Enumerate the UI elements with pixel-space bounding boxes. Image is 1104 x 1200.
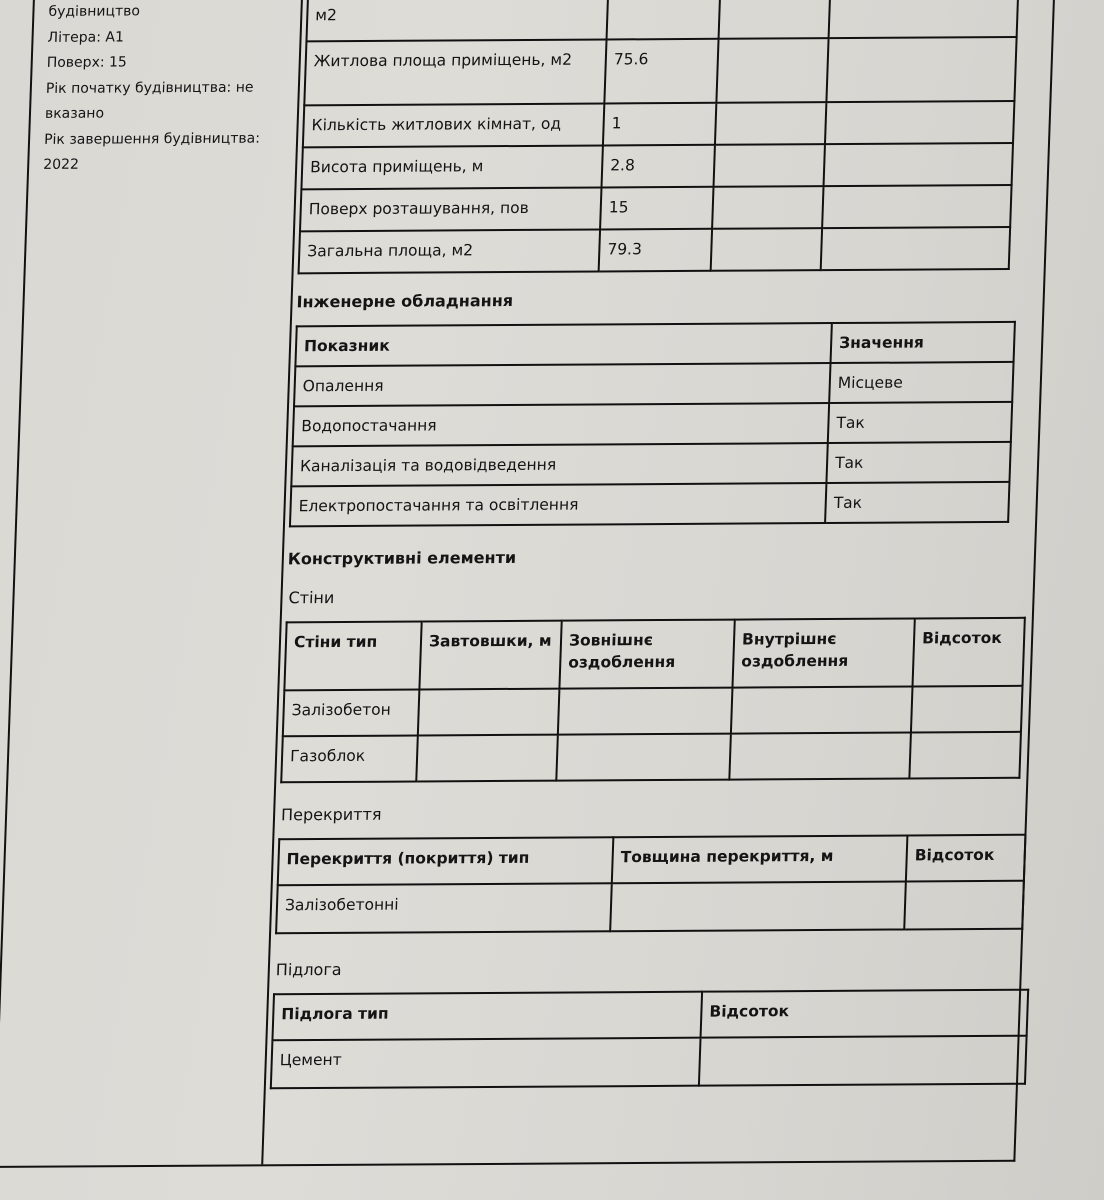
table-row: Поверх розташування, пов 15 xyxy=(300,185,1012,231)
column-header: Значення xyxy=(831,322,1015,363)
table-row: Цемент xyxy=(271,1036,1027,1089)
info-line: Рік завершення будівництва: xyxy=(44,126,285,153)
table-row: м2 xyxy=(306,0,1018,41)
premises-table: м2 Житлова площа приміщень, м2 75.6 Кіль… xyxy=(298,0,1020,274)
wall-cell xyxy=(909,732,1021,779)
table-row: Водопостачання Так xyxy=(293,402,1013,446)
premises-value xyxy=(607,0,720,39)
walls-table: Стіни тип Завтовшки, м Зовнішнє оздоблен… xyxy=(280,617,1026,784)
premises-cell xyxy=(711,228,822,271)
indicator-name: Каналізація та водовідведення xyxy=(291,443,827,486)
column-header: Стіни тип xyxy=(284,621,421,690)
ceiling-cell xyxy=(610,881,906,931)
table-row: Загальна площа, м2 79.3 xyxy=(299,227,1011,273)
column-header: Зовнішнє оздоблення xyxy=(559,620,734,689)
info-line: 2022 xyxy=(43,151,284,178)
column-header: Внутрішнє оздоблення xyxy=(732,618,914,687)
premises-cell xyxy=(826,37,1016,102)
premises-cell xyxy=(715,102,826,145)
premises-label: Висота приміщень, м xyxy=(301,145,602,189)
table-header-row: Стіни тип Завтовшки, м Зовнішнє оздоблен… xyxy=(284,618,1024,691)
floor-table: Підлога тип Відсоток Цемент xyxy=(270,989,1029,1090)
indicator-name: Водопостачання xyxy=(293,403,829,446)
wall-type: Газоблок xyxy=(281,735,418,782)
wall-cell xyxy=(416,735,558,782)
info-line: Поверх: 15 xyxy=(46,49,287,76)
indicator-value: Так xyxy=(825,482,1009,523)
premises-cell xyxy=(716,38,828,103)
info-line: Літера: А1 xyxy=(47,24,288,51)
wall-cell xyxy=(731,686,913,733)
table-header-row: Перекриття (покриття) тип Товщина перекр… xyxy=(278,835,1026,886)
premises-cell xyxy=(712,186,823,229)
engineering-table: Показник Значення Опалення Місцеве Водоп… xyxy=(289,321,1016,527)
ceiling-cell xyxy=(904,881,1024,930)
premises-cell xyxy=(829,0,1019,38)
wall-cell xyxy=(418,689,560,736)
structural-title: Конструктивні елементи xyxy=(288,545,1029,569)
premises-cell xyxy=(825,101,1014,144)
info-line: вказано xyxy=(45,100,286,127)
info-line: будівництво xyxy=(48,0,289,25)
wall-cell xyxy=(558,688,733,735)
table-row: Висота приміщень, м 2.8 xyxy=(301,143,1013,189)
table-header-row: Показник Значення xyxy=(295,322,1015,366)
indicator-value: Так xyxy=(828,402,1012,443)
info-line: Рік початку будівництва: не xyxy=(45,75,286,102)
premises-cell xyxy=(822,185,1011,228)
table-row: Залізобетонні xyxy=(276,881,1024,934)
document-page: будівництво Літера: А1 Поверх: 15 Рік по… xyxy=(0,0,1104,1200)
wall-cell xyxy=(556,734,731,781)
column-header: Перекриття (покриття) тип xyxy=(278,837,614,885)
premises-label: Кількість житлових кімнат, од xyxy=(303,103,604,147)
premises-value: 15 xyxy=(600,187,713,230)
indicator-name: Електропостачання та освітлення xyxy=(290,483,826,526)
table-row: Залізобетон xyxy=(283,686,1023,737)
premises-label: Житлова площа приміщень, м2 xyxy=(304,39,606,105)
premises-cell xyxy=(824,143,1013,186)
premises-value: 2.8 xyxy=(601,145,714,188)
floor-title: Підлога xyxy=(276,956,1015,980)
premises-cell xyxy=(719,0,830,39)
column-header: Завтовшки, м xyxy=(419,621,561,690)
floor-type: Цемент xyxy=(271,1038,701,1089)
table-row: Електропостачання та освітлення Так xyxy=(290,482,1010,526)
table-row: Каналізація та водовідведення Так xyxy=(291,442,1011,486)
column-header: Товщина перекриття, м xyxy=(612,835,908,883)
property-info: будівництво Літера: А1 Поверх: 15 Рік по… xyxy=(43,0,289,178)
table-row: Опалення Місцеве xyxy=(294,362,1014,406)
column-header: Показник xyxy=(295,323,831,366)
indicator-name: Опалення xyxy=(294,363,830,406)
wall-type: Залізобетон xyxy=(283,689,420,736)
premises-label: Поверх розташування, пов xyxy=(300,187,601,231)
walls-title: Стіни xyxy=(288,584,1027,608)
premises-label: м2 xyxy=(306,0,608,41)
column-header: Підлога тип xyxy=(272,992,702,1041)
table-row: Кількість житлових кімнат, од 1 xyxy=(303,101,1015,147)
indicator-value: Місцеве xyxy=(829,362,1013,403)
column-header: Відсоток xyxy=(906,835,1026,882)
indicator-value: Так xyxy=(826,442,1010,483)
engineering-title: Інженерне обладнання xyxy=(296,288,1037,312)
wall-cell xyxy=(911,686,1023,733)
details-column: м2 Житлова площа приміщень, м2 75.6 Кіль… xyxy=(270,0,1047,1089)
column-header: Відсоток xyxy=(913,618,1025,687)
ceiling-type: Залізобетонні xyxy=(276,883,612,933)
premises-cell xyxy=(714,144,825,187)
table-header-row: Підлога тип Відсоток xyxy=(272,990,1028,1041)
table-row: Житлова площа приміщень, м2 75.6 xyxy=(304,37,1016,105)
ceilings-table: Перекриття (покриття) тип Товщина перекр… xyxy=(275,834,1026,935)
ceilings-title: Перекриття xyxy=(281,801,1020,825)
premises-value: 1 xyxy=(603,103,716,146)
wall-cell xyxy=(729,732,911,779)
column-header: Відсоток xyxy=(701,990,1029,1038)
document-frame: будівництво Літера: А1 Поверх: 15 Рік по… xyxy=(0,0,1055,1168)
table-row: Газоблок xyxy=(281,732,1021,783)
premises-value: 79.3 xyxy=(599,229,712,272)
premises-label: Загальна площа, м2 xyxy=(299,229,600,273)
premises-cell xyxy=(821,227,1010,270)
premises-value: 75.6 xyxy=(604,39,718,104)
floor-cell xyxy=(699,1036,1027,1086)
